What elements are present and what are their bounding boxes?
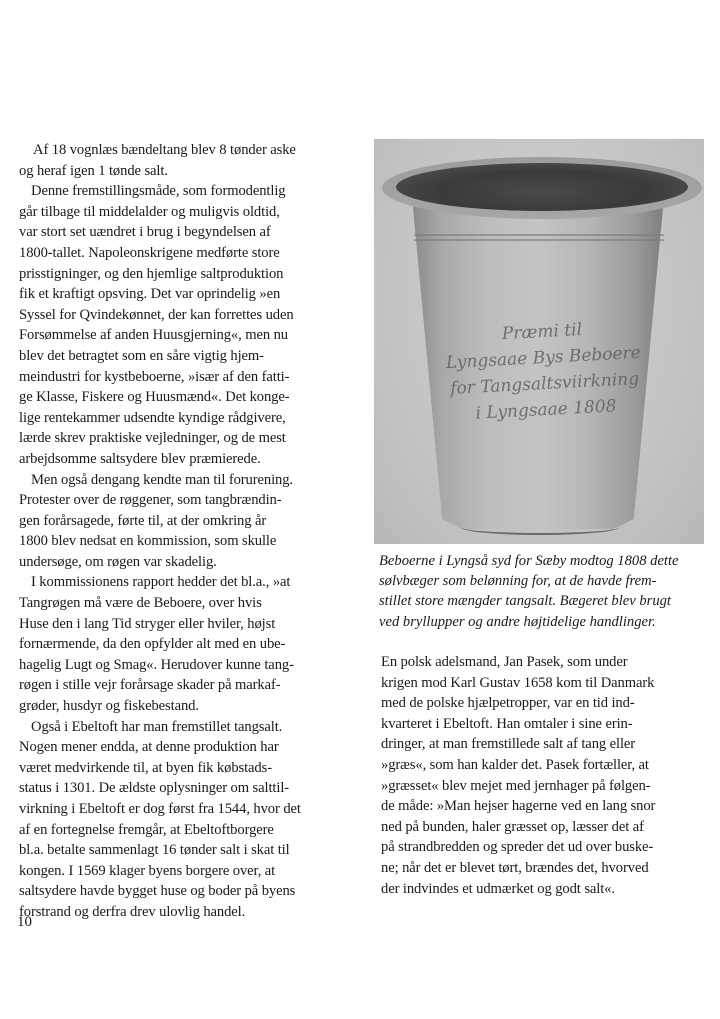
text-line: dringer, at man fremstillede salt af tan… (381, 734, 716, 755)
text-line: prisstigninger, og den hjemlige saltprod… (19, 264, 359, 285)
text-line: Nogen mener endda, at denne produktion h… (19, 737, 359, 758)
text-line: Forsømmelse af anden Huusgjerning«, men … (19, 325, 359, 346)
left-text-column: Af 18 vognlæs bændeltang blev 8 tønder a… (19, 140, 359, 923)
text-line: undersøge, om røgen var skadelig. (19, 552, 359, 573)
text-line: Syssel for Qvindekønnet, der kan forrett… (19, 305, 359, 326)
caption-line: stillet store mængder tangsalt. Bægeret … (379, 591, 714, 611)
text-line: grøder, husdyr og fiskebestand. (19, 696, 359, 717)
text-line: »græs«, som han kalder det. Pasek fortæl… (381, 755, 716, 776)
beaker-interior (396, 163, 688, 211)
caption-line: ved bryllupper og andre højtidelige hand… (379, 612, 714, 632)
text-line: fik et kraftigt opsving. Det var oprinde… (19, 284, 359, 305)
paragraph-2: Denne fremstillingsmåde, som formodentli… (19, 181, 359, 469)
text-line: kongen. I 1569 klager byens borgere over… (19, 861, 359, 882)
silver-beaker-photo: Præmi til Lyngsaae Bys Beboere for Tangs… (374, 139, 704, 544)
text-line: var stort set uændret i brug i begyndels… (19, 222, 359, 243)
text-line: af en fortegnelse fremgår, at Ebeltoftbo… (19, 820, 359, 841)
text-line: Også i Ebeltoft har man fremstillet tang… (19, 717, 359, 738)
beaker-band-line (414, 234, 664, 236)
paragraph-1: Af 18 vognlæs bændeltang blev 8 tønder a… (19, 140, 359, 181)
text-line: lige rentekammer udsendte kyndige rådgiv… (19, 408, 359, 429)
text-line: været medvirkende til, at byen fik købst… (19, 758, 359, 779)
text-line: de måde: »Man hejser hagerne ved en lang… (381, 796, 716, 817)
text-line: der indvindes et udmærket og godt salt«. (381, 879, 716, 900)
text-line: blev det betragtet som en såre vigtig hj… (19, 346, 359, 367)
text-line: Denne fremstillingsmåde, som formodentli… (19, 181, 359, 202)
text-line: meindustri for kystbeboerne, »især af de… (19, 367, 359, 388)
text-line: bl.a. betalte sammenlagt 16 tønder salt … (19, 840, 359, 861)
text-line: 1800-tallet. Napoleonskrigene medførte s… (19, 243, 359, 264)
beaker-engraving: Præmi til Lyngsaae Bys Beboere for Tangs… (441, 314, 646, 428)
text-line: ne; når det er blevet tørt, brændes det,… (381, 858, 716, 879)
text-line: kvarteret i Ebeltoft. Han omtaler i sine… (381, 714, 716, 735)
text-line: Tangrøgen må være de Beboere, over hvis (19, 593, 359, 614)
text-line: Men også dengang kendte man til forureni… (19, 470, 359, 491)
page-number: 10 (17, 914, 32, 931)
text-line: 1800 blev nedsat en kommission, som skul… (19, 531, 359, 552)
text-line: fornærmende, da den opfylder alt med en … (19, 634, 359, 655)
text-line: ned på bunden, haler græsset op, læsser … (381, 817, 716, 838)
text-line: Protester over de røggener, som tangbræn… (19, 490, 359, 511)
text-line: på strandbredden og spreder det ud over … (381, 837, 716, 858)
text-line: og heraf igen 1 tønde salt. (19, 161, 359, 182)
right-text-column: En polsk adelsmand, Jan Pasek, som under… (381, 652, 716, 899)
text-line: forstrand og derfra drev ulovlig handel. (19, 902, 359, 923)
figure-caption: Beboerne i Lyngså syd for Sæby modtog 18… (379, 551, 714, 632)
text-line: Huse den i lang Tid stryger eller hviler… (19, 614, 359, 635)
text-line: krigen mod Karl Gustav 1658 kom til Danm… (381, 673, 716, 694)
text-line: »græsset« blev mejet med jernhager på fø… (381, 776, 716, 797)
text-line: går tilbage til middelalder og muligvis … (19, 202, 359, 223)
text-line: virkning i Ebeltoft er dog først fra 154… (19, 799, 359, 820)
text-line: hagelig Lugt og Smag«. Herudover kunne t… (19, 655, 359, 676)
beaker-band-line (414, 239, 664, 241)
beaker-foot (460, 519, 620, 535)
text-line: En polsk adelsmand, Jan Pasek, som under (381, 652, 716, 673)
text-line: lærde skrev praktiske vejledninger, og d… (19, 428, 359, 449)
caption-line: Beboerne i Lyngså syd for Sæby modtog 18… (379, 551, 714, 571)
paragraph-6: En polsk adelsmand, Jan Pasek, som under… (381, 652, 716, 899)
text-line: Af 18 vognlæs bændeltang blev 8 tønder a… (19, 140, 359, 161)
paragraph-4: I kommissionens rapport hedder det bl.a.… (19, 572, 359, 716)
paragraph-5: Også i Ebeltoft har man fremstillet tang… (19, 717, 359, 923)
text-line: arbejdsomme saltsydere blev præmierede. (19, 449, 359, 470)
text-line: status i 1301. De ældste oplysninger om … (19, 778, 359, 799)
caption-line: sølvbæger som belønning for, at de havde… (379, 571, 714, 591)
text-line: I kommissionens rapport hedder det bl.a.… (19, 572, 359, 593)
text-line: saltsydere havde bygget huse og boder på… (19, 881, 359, 902)
text-line: røgen i stille vejr forårsage skader på … (19, 675, 359, 696)
text-line: gen forårsagede, førte til, at der omkri… (19, 511, 359, 532)
text-line: med de polske hjælpetropper, var en tid … (381, 693, 716, 714)
paragraph-3: Men også dengang kendte man til forureni… (19, 470, 359, 573)
text-line: ge Klasse, Fiskere og Huusmænd«. Det kon… (19, 387, 359, 408)
